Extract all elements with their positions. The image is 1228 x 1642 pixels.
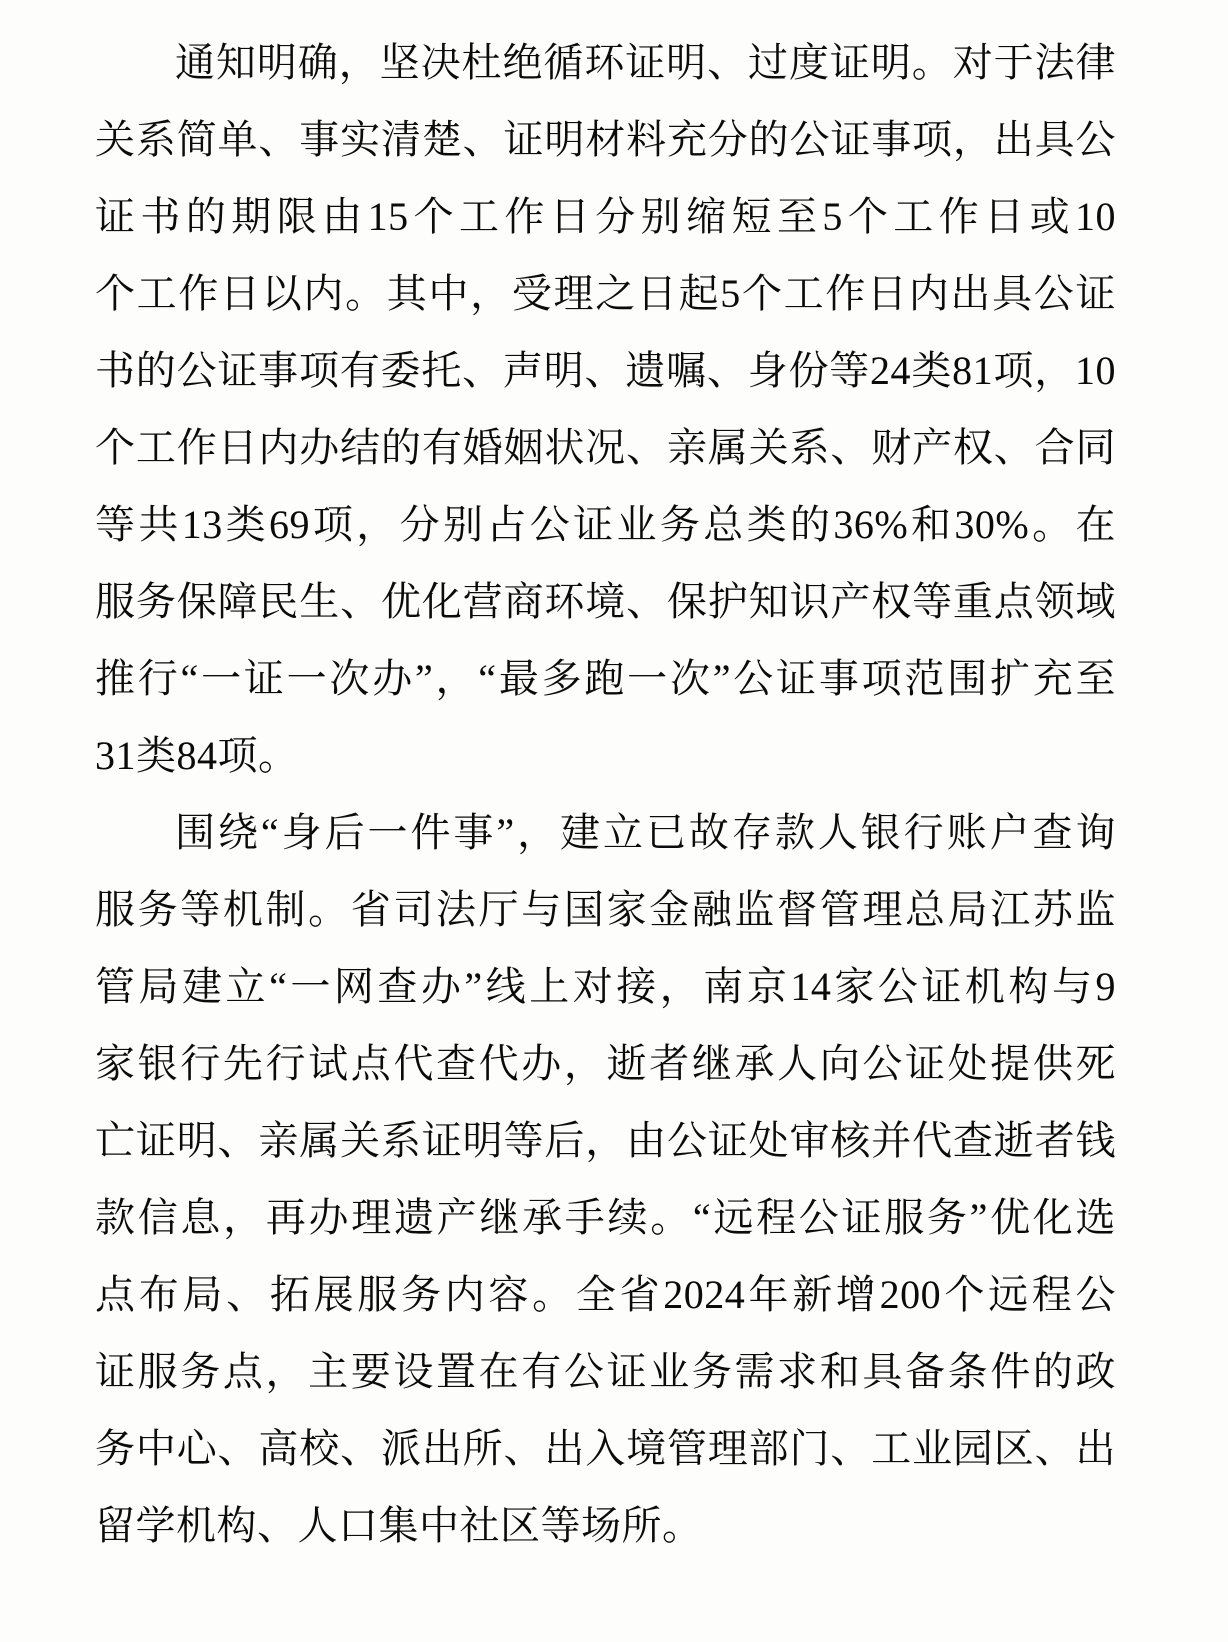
text-line: 关系简单、事实清楚、证明材料充分的公证事项，出具公: [95, 101, 1116, 178]
paragraph: 通知明确，坚决杜绝循环证明、过度证明。对于法律关系简单、事实清楚、证明材料充分的…: [95, 24, 1116, 794]
text-line: 围绕“身后一件事”，建立已故存款人银行账户查询: [95, 794, 1116, 871]
text-line: 证书的期限由15个工作日分别缩短至5个工作日或10: [95, 178, 1116, 255]
text-line: 推行“一证一次办”，“最多跑一次”公证事项范围扩充至: [95, 640, 1116, 717]
text-line: 等共13类69项，分别占公证业务总类的36%和30%。在: [95, 486, 1116, 563]
text-line: 31类84项。: [95, 717, 1116, 794]
text-line: 个工作日以内。其中，受理之日起5个工作日内出具公证: [95, 255, 1116, 332]
document-page: 通知明确，坚决杜绝循环证明、过度证明。对于法律关系简单、事实清楚、证明材料充分的…: [0, 0, 1228, 1642]
text-line: 款信息，再办理遗产继承手续。“远程公证服务”优化选: [95, 1179, 1116, 1256]
text-line: 务中心、高校、派出所、出入境管理部门、工业园区、出国: [95, 1410, 1116, 1487]
text-line: 点布局、拓展服务内容。全省2024年新增200个远程公: [95, 1256, 1116, 1333]
text-line: 服务保障民生、优化营商环境、保护知识产权等重点领域: [95, 563, 1116, 640]
text-line: 个工作日内办结的有婚姻状况、亲属关系、财产权、合同: [95, 409, 1116, 486]
document-body: 通知明确，坚决杜绝循环证明、过度证明。对于法律关系简单、事实清楚、证明材料充分的…: [95, 24, 1116, 1564]
text-line: 留学机构、人口集中社区等场所。: [95, 1487, 1116, 1564]
text-line: 服务等机制。省司法厅与国家金融监督管理总局江苏监: [95, 871, 1116, 948]
text-line: 亡证明、亲属关系证明等后，由公证处审核并代查逝者钱: [95, 1102, 1116, 1179]
text-line: 管局建立“一网查办”线上对接，南京14家公证机构与9: [95, 948, 1116, 1025]
text-line: 家银行先行试点代查代办，逝者继承人向公证处提供死: [95, 1025, 1116, 1102]
paragraph: 围绕“身后一件事”，建立已故存款人银行账户查询服务等机制。省司法厅与国家金融监督…: [95, 794, 1116, 1564]
text-line: 书的公证事项有委托、声明、遗嘱、身份等24类81项，10: [95, 332, 1116, 409]
text-line: 通知明确，坚决杜绝循环证明、过度证明。对于法律: [95, 24, 1116, 101]
text-line: 证服务点，主要设置在有公证业务需求和具备条件的政: [95, 1333, 1116, 1410]
